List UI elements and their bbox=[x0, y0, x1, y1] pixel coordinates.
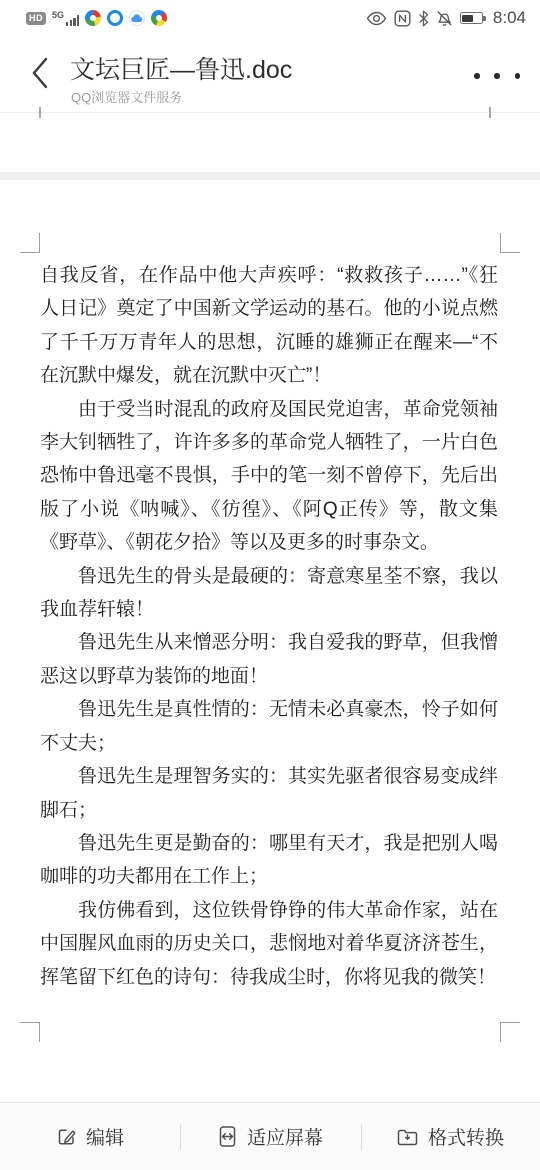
status-left-cluster: HD 5G bbox=[26, 10, 167, 26]
notification-sync-icon bbox=[107, 10, 123, 26]
fit-screen-button[interactable]: 适应屏幕 bbox=[180, 1103, 360, 1170]
battery-icon bbox=[460, 12, 483, 24]
page-separator bbox=[0, 172, 540, 180]
document-viewer[interactable]: 自我反省，在作品中他大声疾呼：“救救孩子……”《狂人日记》奠定了中国新文学运动的… bbox=[0, 113, 540, 1102]
signal-bars-icon bbox=[66, 15, 79, 26]
paragraph: 鲁迅先生从来憎恶分明：我自爱我的野草，但我憎恶这以野草为装饰的地面！ bbox=[40, 626, 498, 693]
paragraph: 我仿佛看到，这位铁骨铮铮的伟大革命作家，站在中国腥风血雨的历史关口，悲悯地对着华… bbox=[40, 894, 498, 994]
fit-screen-label: 适应屏幕 bbox=[247, 1123, 323, 1150]
prev-page-margin-tick-right bbox=[489, 107, 491, 118]
notification-pinwheel-icon bbox=[85, 10, 101, 26]
bluetooth-icon bbox=[418, 10, 429, 27]
edit-label: 编辑 bbox=[86, 1123, 124, 1150]
nfc-icon bbox=[394, 10, 411, 27]
paragraph: 鲁迅先生的骨头是最硬的：寄意寒星荃不察，我以我血荐轩辕！ bbox=[40, 560, 498, 627]
mute-bell-icon bbox=[436, 10, 453, 27]
edit-pencil-icon bbox=[56, 1126, 77, 1147]
signal-strength-icon: 5G bbox=[52, 11, 79, 26]
app-header: 文坛巨匠—鲁迅.doc QQ浏览器文件服务 bbox=[0, 36, 540, 113]
document-title: 文坛巨匠—鲁迅.doc bbox=[70, 50, 450, 86]
notification-cloud-icon bbox=[129, 10, 145, 26]
toolbar-divider bbox=[180, 1124, 181, 1150]
service-subtitle: QQ浏览器文件服务 bbox=[71, 87, 182, 106]
more-menu-button[interactable] bbox=[474, 66, 520, 86]
edit-button[interactable]: 编辑 bbox=[0, 1103, 180, 1170]
back-button[interactable] bbox=[22, 54, 58, 96]
clock-text: 8:04 bbox=[493, 8, 526, 28]
phone-screen: HD 5G bbox=[0, 0, 540, 1170]
status-bar: HD 5G bbox=[0, 0, 540, 36]
format-convert-button[interactable]: 格式转换 bbox=[360, 1103, 540, 1170]
crop-mark-top-right bbox=[500, 233, 520, 253]
paragraph: 鲁迅先生是真性情的：无情未必真豪杰，怜子如何不丈夫； bbox=[40, 693, 498, 760]
toolbar-divider bbox=[361, 1124, 362, 1150]
paragraph: 自我反省，在作品中他大声疾呼：“救救孩子……”《狂人日记》奠定了中国新文学运动的… bbox=[40, 259, 498, 393]
crop-mark-bottom-left bbox=[20, 1022, 40, 1042]
folder-download-icon bbox=[396, 1126, 419, 1147]
paragraph: 鲁迅先生是理智务实的：其实先驱者很容易变成绊脚石； bbox=[40, 760, 498, 827]
fit-screen-icon bbox=[217, 1125, 238, 1148]
eye-comfort-icon bbox=[366, 11, 387, 26]
hd-badge-icon: HD bbox=[26, 12, 46, 25]
crop-mark-top-left bbox=[20, 233, 40, 253]
status-right-cluster: 8:04 bbox=[366, 8, 526, 28]
prev-page-margin-tick-left bbox=[39, 107, 41, 118]
crop-mark-bottom-right bbox=[500, 1022, 520, 1042]
notification-pinwheel2-icon bbox=[148, 7, 171, 30]
chevron-left-icon bbox=[29, 55, 51, 96]
paragraph: 由于受当时混乱的政府及国民党迫害，革命党领袖李大钊牺牲了，许许多多的革命党人牺牲… bbox=[40, 393, 498, 560]
format-convert-label: 格式转换 bbox=[428, 1123, 504, 1150]
paragraph: 鲁迅先生更是勤奋的：哪里有天才，我是把别人喝咖啡的功夫都用在工作上； bbox=[40, 827, 498, 894]
bottom-toolbar: 编辑 适应屏幕 格式转换 bbox=[0, 1102, 540, 1170]
network-type-label: 5G bbox=[52, 11, 64, 20]
document-body-text: 自我反省，在作品中他大声疾呼：“救救孩子……”《狂人日记》奠定了中国新文学运动的… bbox=[40, 259, 498, 994]
